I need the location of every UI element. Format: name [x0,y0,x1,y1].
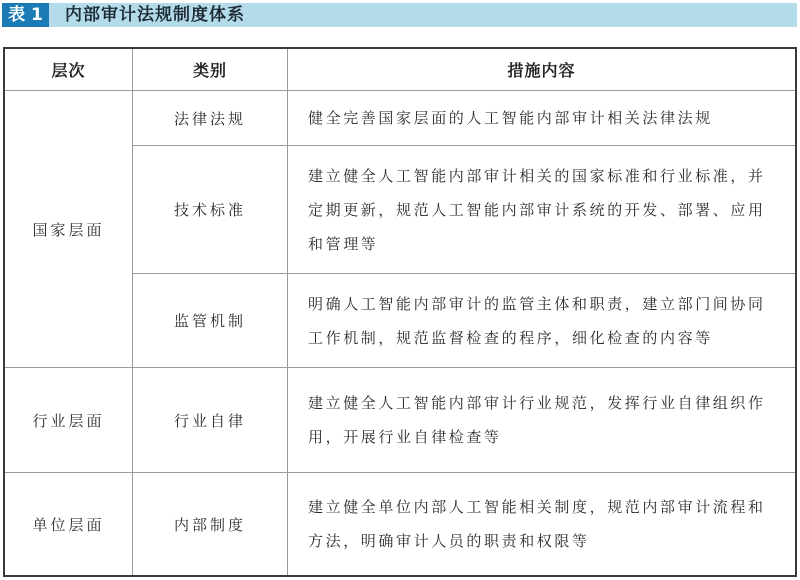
measure-content-cell: 建立健全人工智能内部审计相关的国家标准和行业标准，并定期更新，规范人工智能内部审… [288,146,795,273]
table-caption-bar: 表 1 内部审计法规制度体系 [2,3,797,27]
measure-content-cell: 明确人工智能内部审计的监管主体和职责，建立部门间协同工作机制，规范监督检查的程序… [288,274,795,367]
category-cell: 技术标准 [133,146,287,273]
level-industry: 行业层面 [5,368,132,472]
measure-content-cell: 建立健全人工智能内部审计行业规范，发挥行业自律组织作用，开展行业自律检查等 [288,368,795,472]
level-unit: 单位层面 [5,473,132,575]
category-cell: 内部制度 [133,473,287,575]
header-category: 类别 [133,49,287,90]
category-cell: 行业自律 [133,368,287,472]
header-level: 层次 [5,49,132,90]
category-cell: 法律法规 [133,91,287,145]
level-national: 国家层面 [5,91,132,367]
category-cell: 监管机制 [133,274,287,367]
table-number-tag: 表 1 [2,3,49,27]
header-measures: 措施内容 [288,49,795,90]
table-title: 内部审计法规制度体系 [65,3,245,27]
measure-content-cell: 建立健全单位内部人工智能相关制度，规范内部审计流程和方法，明确审计人员的职责和权… [288,473,795,575]
measure-content-cell: 健全完善国家层面的人工智能内部审计相关法律法规 [288,91,795,145]
regulation-table: 层次 类别 措施内容 国家层面 行业层面 单位层面 法律法规 技术标准 监管机制… [3,47,797,577]
